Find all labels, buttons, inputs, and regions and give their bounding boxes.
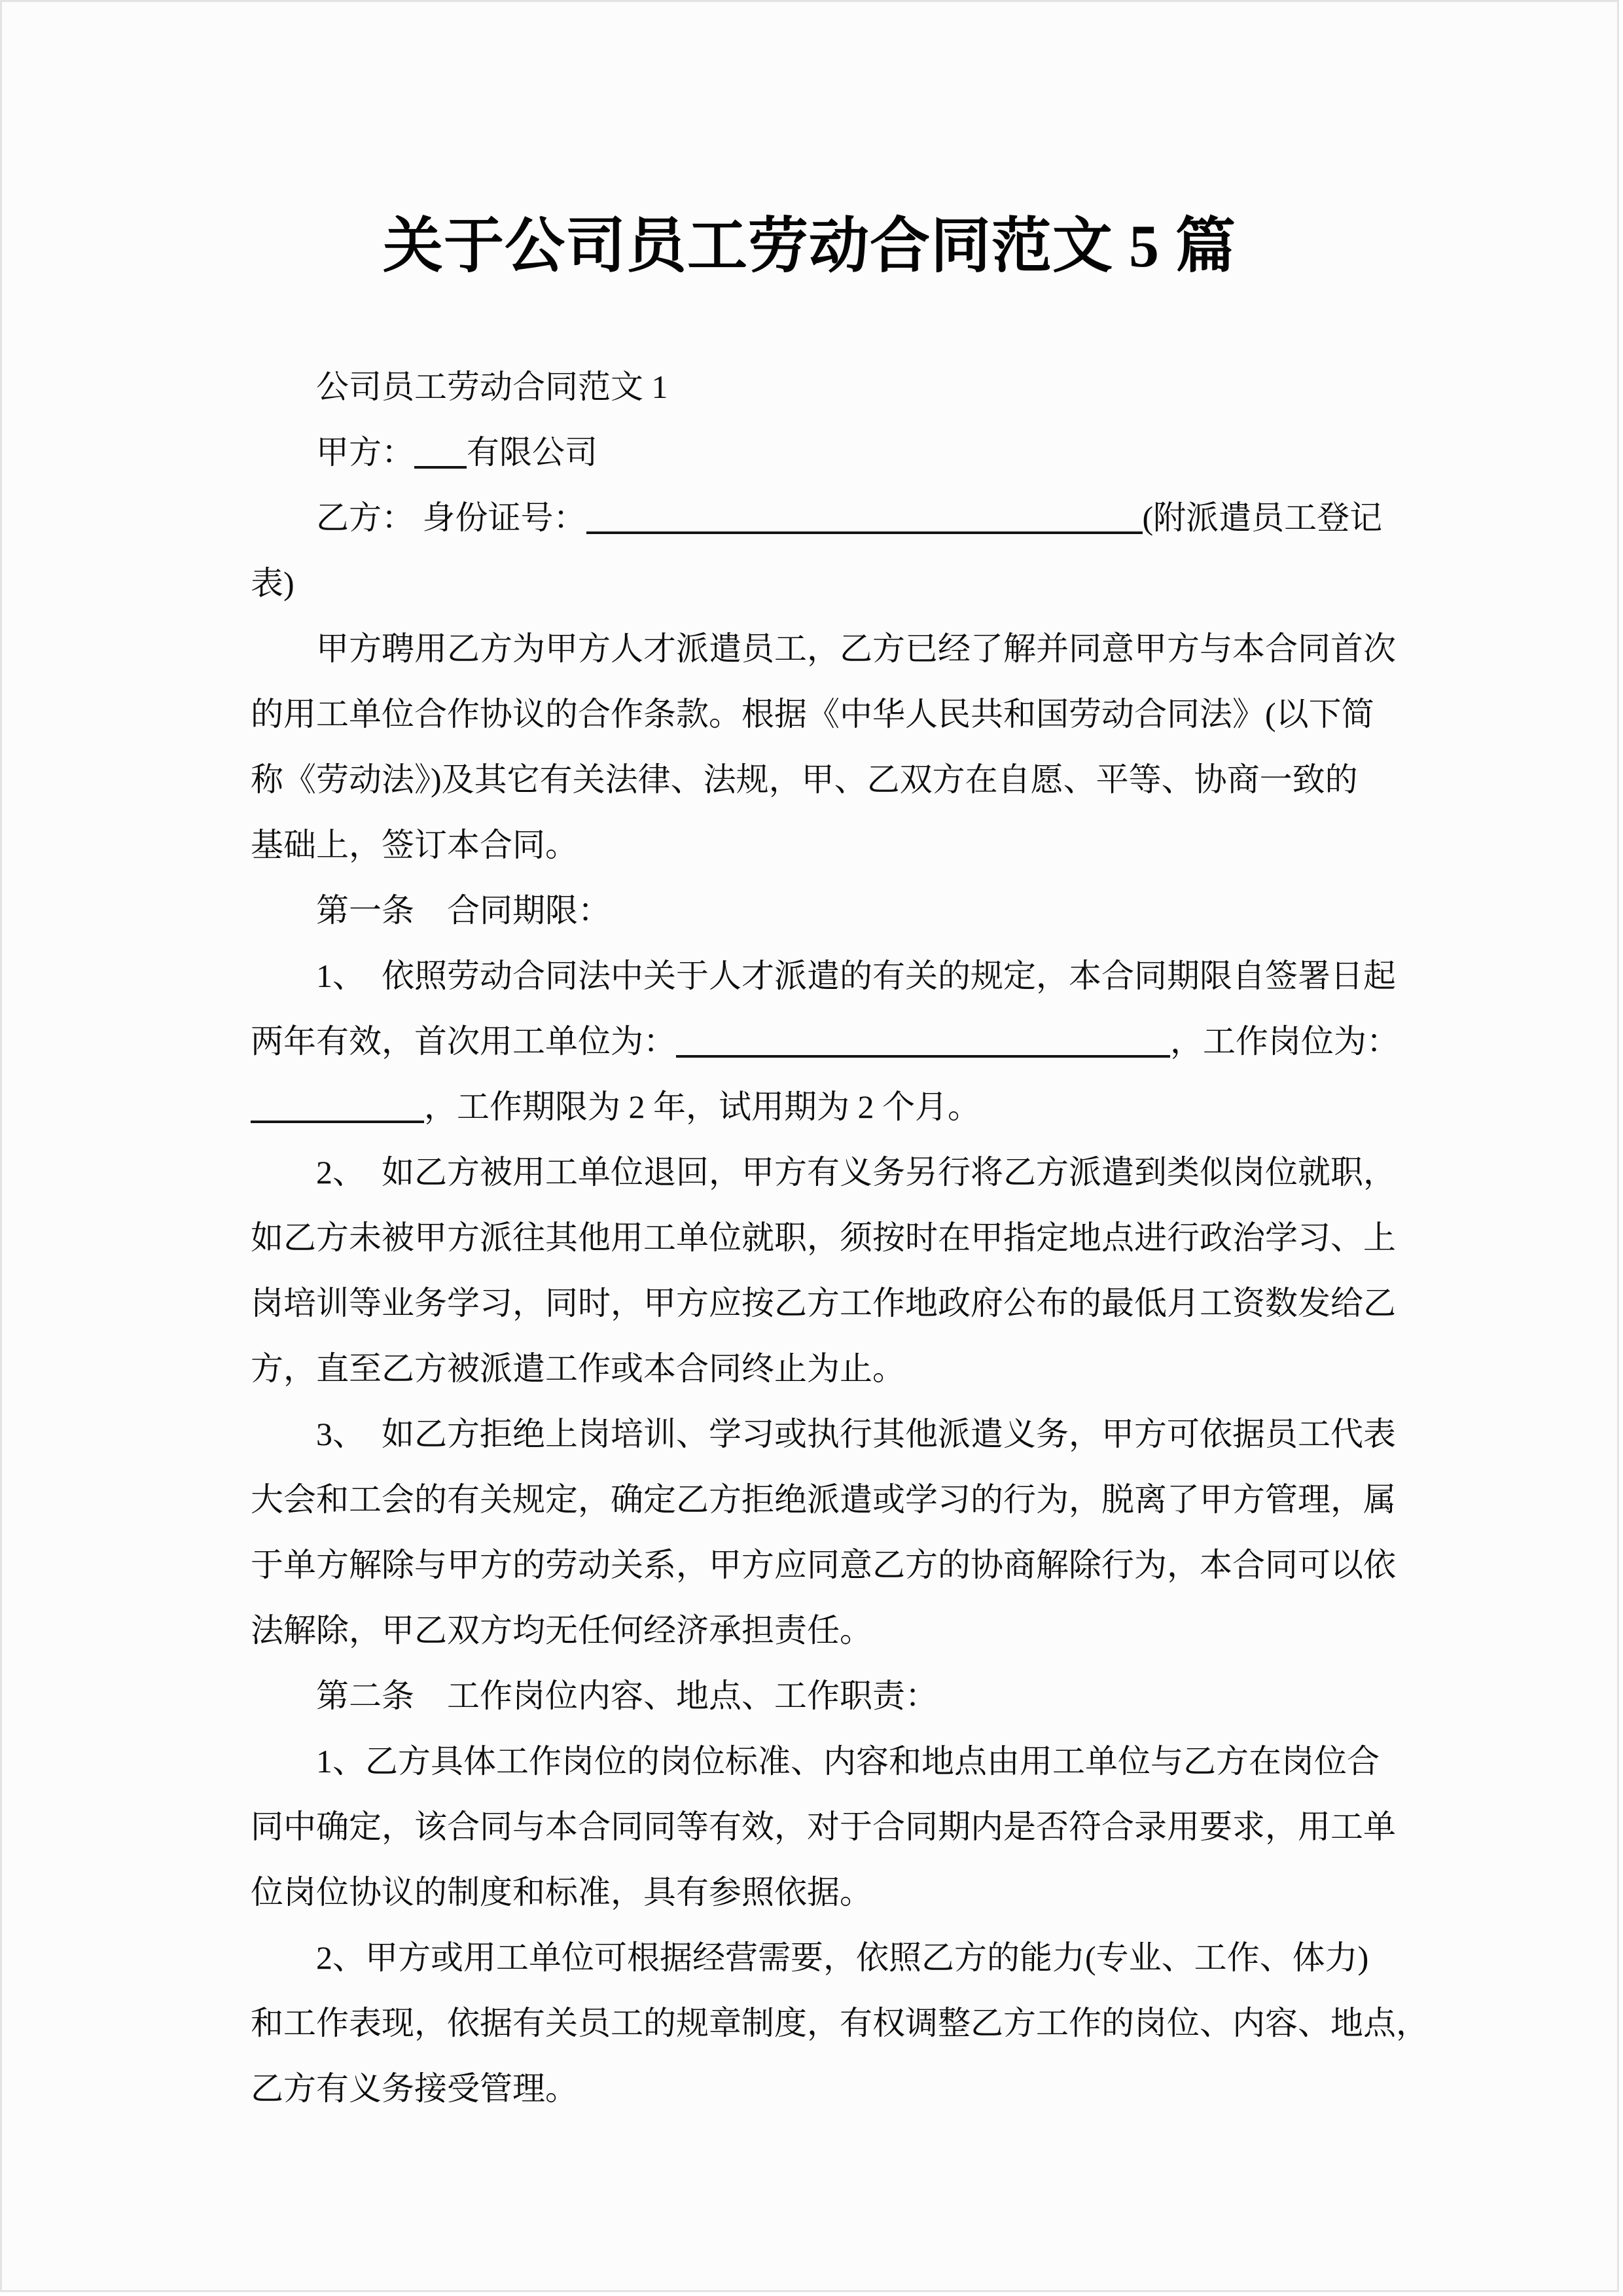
doc-line: 3、 如乙方拒绝上岗培训、学习或执行其他派遣义务，甲方可依据员工代表 [251,1401,1416,1467]
doc-line: 同中确定，该合同与本合同同等有效，对于合同期内是否符合录用要求，用工单 [251,1794,1416,1859]
line-text: 表) [251,565,294,601]
line-text: (附派遣员工登记 [1143,499,1383,536]
fill-in-blank [586,528,1143,534]
doc-line: 2、甲方或用工单位可根据经营需要，依照乙方的能力(专业、工作、体力) [251,1925,1416,1990]
doc-line: 2、 如乙方被用工单位退回，甲方有义务另行将乙方派遣到类似岗位就职， [251,1139,1416,1205]
line-text: 同中确定，该合同与本合同同等有效，对于合同期内是否符合录用要求，用工单 [251,1808,1396,1845]
line-text: 乙方有义务接受管理。 [251,2070,578,2107]
doc-line: 位岗位协议的制度和标准，具有参照依据。 [251,1859,1416,1925]
doc-line: 公司员工劳动合同范文 1 [251,354,1416,420]
doc-line: 乙方： 身份证号：(附派遣员工登记 [251,485,1416,550]
doc-line: 于单方解除与甲方的劳动关系，甲方应同意乙方的协商解除行为，本合同可以依 [251,1532,1416,1598]
line-text: 第二条 工作岗位内容、地点、工作职责： [316,1677,938,1714]
doc-line: 1、 依照劳动合同法中关于人才派遣的有关的规定，本合同期限自签署日起 [251,943,1416,1009]
line-text: 如乙方未被甲方派往其他用工单位就职，须按时在甲指定地点进行政治学习、上 [251,1219,1396,1256]
line-text: 大会和工会的有关规定，确定乙方拒绝派遣或学习的行为，脱离了甲方管理，属 [251,1481,1396,1518]
doc-line: 方，直至乙方被派遣工作或本合同终止为止。 [251,1336,1416,1401]
doc-line: 乙方有义务接受管理。 [251,2056,1416,2121]
doc-line: 法解除，甲乙双方均无任何经济承担责任。 [251,1598,1416,1663]
line-text: 基础上，签订本合同。 [251,827,578,863]
doc-line: ，工作期限为 2 年，试用期为 2 个月。 [251,1074,1416,1139]
fill-in-blank [251,1117,424,1123]
doc-line: 甲方聘用乙方为甲方人才派遣员工，乙方已经了解并同意甲方与本合同首次 [251,616,1416,681]
doc-line: 两年有效，首次用工单位为：，工作岗位为： [251,1009,1416,1074]
line-text: 2、甲方或用工单位可根据经营需要，依照乙方的能力(专业、工作、体力) [316,1939,1368,1976]
doc-line: 和工作表现，依据有关员工的规章制度，有权调整乙方工作的岗位、内容、地点， [251,1990,1416,2056]
line-text: ，工作期限为 2 年，试用期为 2 个月。 [424,1088,980,1125]
doc-line: 岗培训等业务学习，同时，甲方应按乙方工作地政府公布的最低月工资数发给乙 [251,1270,1416,1336]
line-text: 公司员工劳动合同范文 1 [316,368,668,405]
doc-line section-heading: 第二条 工作岗位内容、地点、工作职责： [251,1663,1416,1729]
doc-line section-heading: 第一条 合同期限： [251,878,1416,943]
line-text: ，工作岗位为： [1170,1023,1399,1060]
line-text: 2、 如乙方被用工单位退回，甲方有义务另行将乙方派遣到类似岗位就职， [316,1154,1396,1191]
doc-line: 的用工单位合作协议的合作条款。根据《中华人民共和国劳动合同法》(以下简 [251,681,1416,747]
line-text: 甲方： [316,434,414,471]
line-text: 甲方聘用乙方为甲方人才派遣员工，乙方已经了解并同意甲方与本合同首次 [316,630,1396,667]
line-text: 称《劳动法》)及其它有关法律、法规，甲、乙双方在自愿、平等、协商一致的 [251,761,1358,798]
line-text: 方，直至乙方被派遣工作或本合同终止为止。 [251,1350,905,1387]
document-title: 关于公司员工劳动合同范文 5 篇 [2,210,1617,282]
line-text: 乙方： 身份证号： [316,499,586,536]
fill-in-blank [414,463,467,469]
line-text: 1、 依照劳动合同法中关于人才派遣的有关的规定，本合同期限自签署日起 [316,958,1396,994]
line-text: 法解除，甲乙双方均无任何经济承担责任。 [251,1612,872,1649]
doc-line: 表) [251,550,1416,616]
line-text: 有限公司 [467,434,597,471]
doc-line: 称《劳动法》)及其它有关法律、法规，甲、乙双方在自愿、平等、协商一致的 [251,747,1416,812]
line-text: 位岗位协议的制度和标准，具有参照依据。 [251,1874,872,1910]
line-text: 第一条 合同期限： [316,892,611,929]
document-page: 关于公司员工劳动合同范文 5 篇 公司员工劳动合同范文 1 甲方：有限公司 乙方… [0,0,1619,2292]
doc-line: 基础上，签订本合同。 [251,812,1416,878]
line-text: 于单方解除与甲方的劳动关系，甲方应同意乙方的协商解除行为，本合同可以依 [251,1547,1396,1583]
line-text: 两年有效，首次用工单位为： [251,1023,676,1060]
line-text: 和工作表现，依据有关员工的规章制度，有权调整乙方工作的岗位、内容、地点， [251,2005,1429,2041]
document-body: 公司员工劳动合同范文 1 甲方：有限公司 乙方： 身份证号：(附派遣员工登记 表… [251,354,1416,2121]
doc-line: 如乙方未被甲方派往其他用工单位就职，须按时在甲指定地点进行政治学习、上 [251,1205,1416,1270]
line-text: 的用工单位合作协议的合作条款。根据《中华人民共和国劳动合同法》(以下简 [251,696,1374,732]
line-text: 岗培训等业务学习，同时，甲方应按乙方工作地政府公布的最低月工资数发给乙 [251,1285,1396,1321]
line-text: 3、 如乙方拒绝上岗培训、学习或执行其他派遣义务，甲方可依据员工代表 [316,1416,1396,1452]
doc-line: 大会和工会的有关规定，确定乙方拒绝派遣或学习的行为，脱离了甲方管理，属 [251,1467,1416,1532]
doc-line: 甲方：有限公司 [251,420,1416,485]
line-text: 1、乙方具体工作岗位的岗位标准、内容和地点由用工单位与乙方在岗位合 [316,1743,1380,1780]
doc-line: 1、乙方具体工作岗位的岗位标准、内容和地点由用工单位与乙方在岗位合 [251,1729,1416,1794]
fill-in-blank [676,1052,1170,1058]
